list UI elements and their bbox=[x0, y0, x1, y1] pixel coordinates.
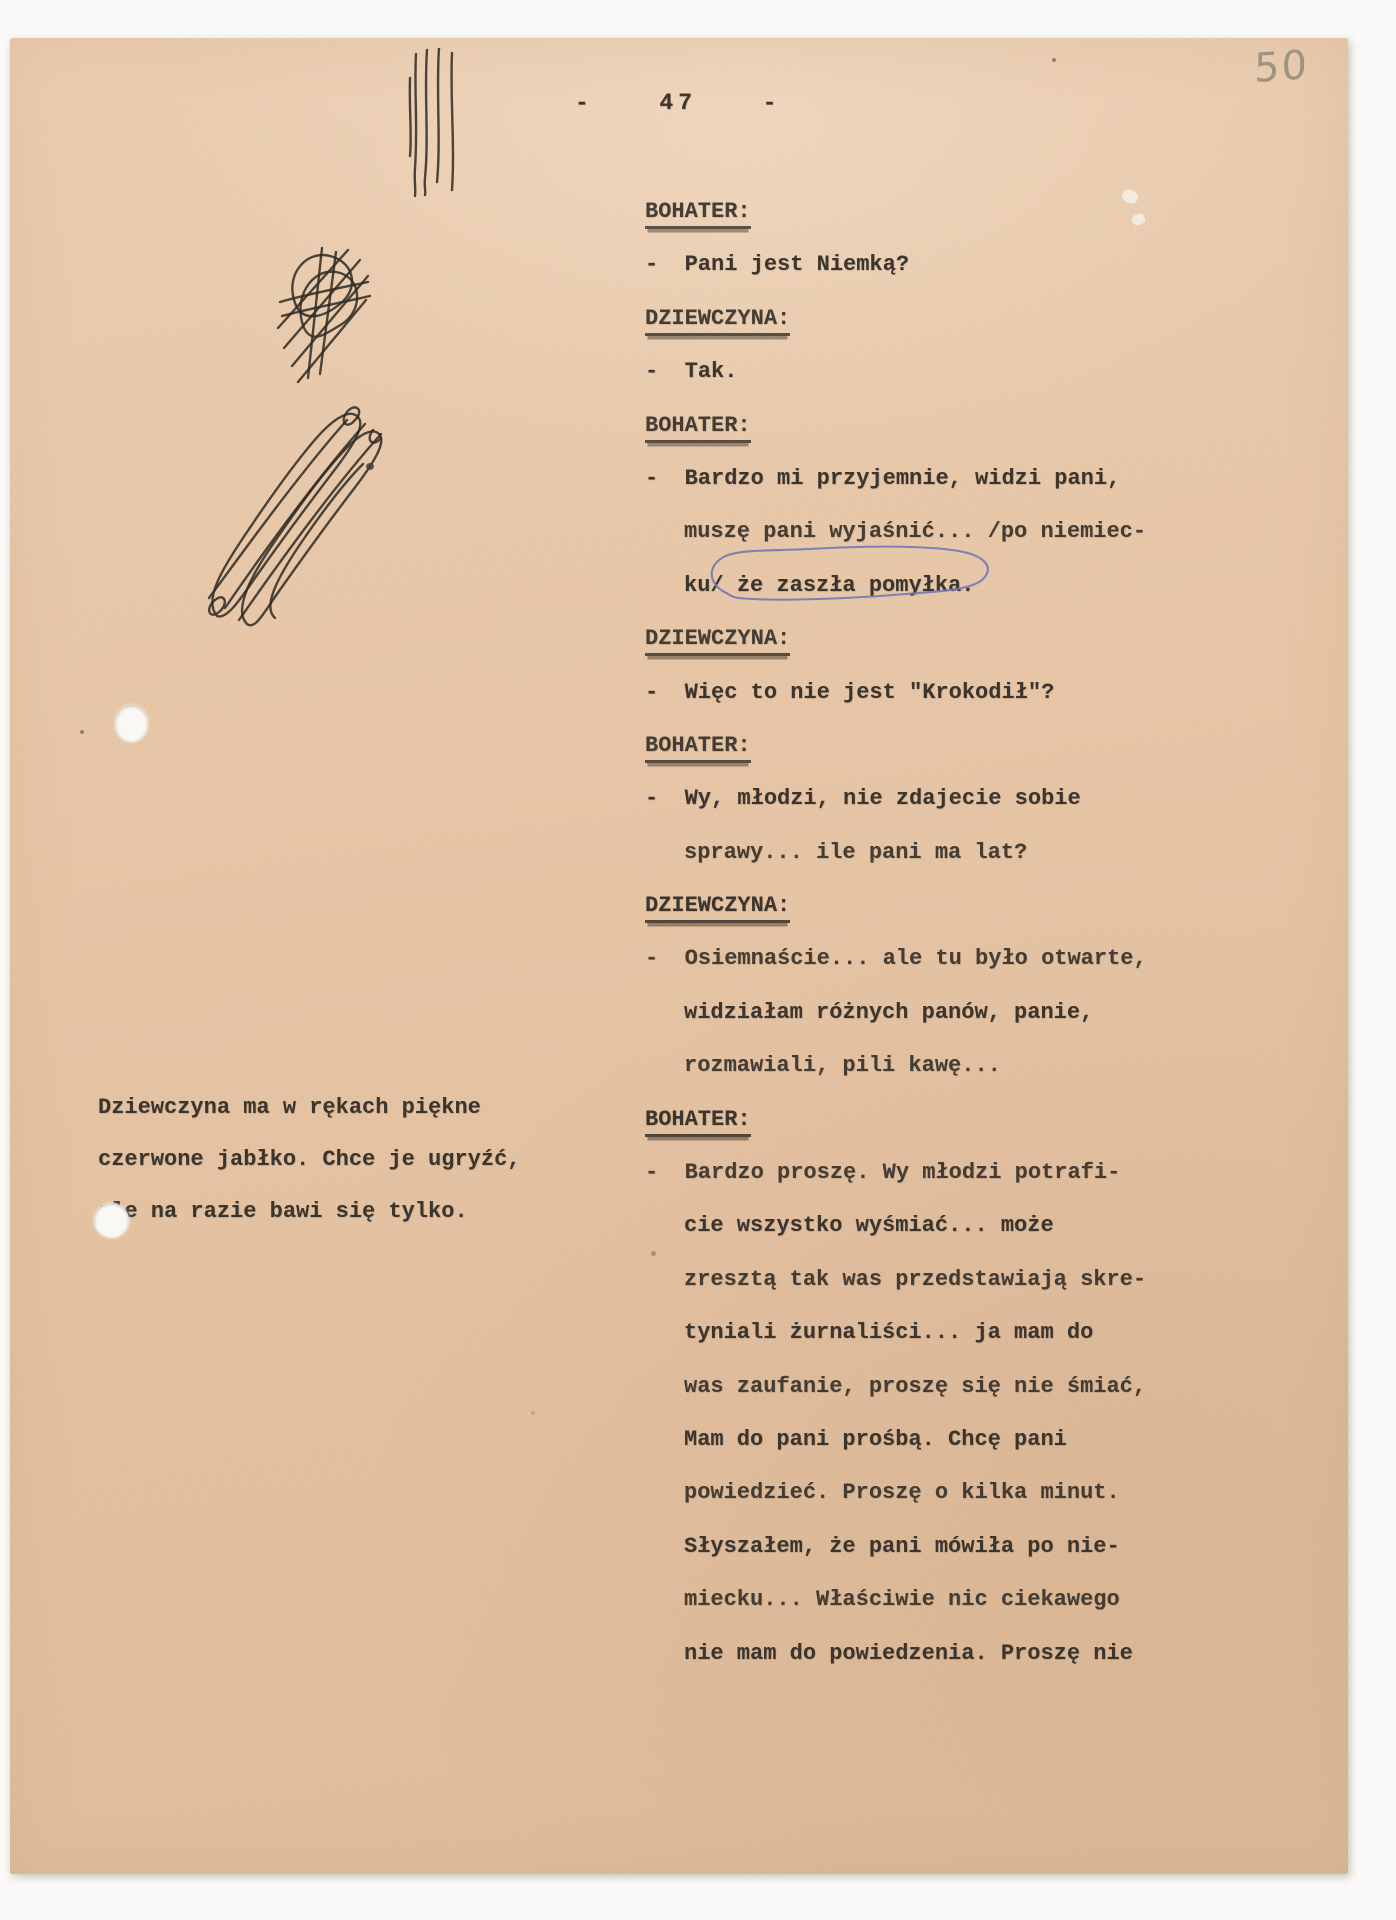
dialogue-column: BOHATER:- Pani jest Niemką?DZIEWCZYNA:- … bbox=[645, 185, 1205, 1680]
dialogue-line: ku/ że zaszła pomyłka. bbox=[645, 559, 1205, 612]
speaker-name-underlined: BOHATER: bbox=[645, 733, 751, 763]
speaker-name-underlined: DZIEWCZYNA: bbox=[645, 626, 790, 656]
speaker-label: DZIEWCZYNA: bbox=[645, 879, 1205, 932]
speaker-label: DZIEWCZYNA: bbox=[645, 612, 1205, 665]
scanned-script-page: - 47 - 50 BOHATER:- Pani jest Niemką?DZI… bbox=[0, 0, 1396, 1920]
dialogue-line: rozmawiali, pili kawę... bbox=[645, 1039, 1205, 1092]
dialogue-line: - Tak. bbox=[645, 345, 1205, 398]
dialogue-line: cie wszystko wyśmiać... może bbox=[645, 1199, 1205, 1252]
paper-speck bbox=[1052, 58, 1056, 62]
dialogue-line: sprawy... ile pani ma lat? bbox=[645, 826, 1205, 879]
margin-note-line: Dziewczyna ma w rękach piękne bbox=[98, 1082, 558, 1134]
page-number: - 47 - bbox=[575, 90, 781, 116]
dialogue-line: - Osiemnaście... ale tu było otwarte, bbox=[645, 932, 1205, 985]
speaker-label: BOHATER: bbox=[645, 185, 1205, 238]
speaker-name-underlined: BOHATER: bbox=[645, 413, 751, 443]
dialogue-line: - Więc to nie jest "Krokodił"? bbox=[645, 666, 1205, 719]
dialogue-line: zresztą tak was przedstawiają skre- bbox=[645, 1253, 1205, 1306]
speaker-name-underlined: BOHATER: bbox=[645, 199, 751, 229]
speaker-label: BOHATER: bbox=[645, 1093, 1205, 1146]
dialogue-line: - Bardzo mi przyjemnie, widzi pani, bbox=[645, 452, 1205, 505]
dialogue-line: powiedzieć. Proszę o kilka minut. bbox=[645, 1466, 1205, 1519]
hole-punch-bottom bbox=[94, 1203, 129, 1238]
hole-punch-top bbox=[115, 705, 148, 742]
speaker-name-underlined: DZIEWCZYNA: bbox=[645, 306, 790, 336]
margin-note-line: czerwone jabłko. Chce je ugryźć, bbox=[98, 1134, 558, 1186]
dialogue-line: - Wy, młodzi, nie zdajecie sobie bbox=[645, 772, 1205, 825]
speaker-name-underlined: BOHATER: bbox=[645, 1107, 751, 1137]
dialogue-line: - Pani jest Niemką? bbox=[645, 238, 1205, 291]
dialogue-line: widziałam różnych panów, panie, bbox=[645, 986, 1205, 1039]
paper-speck bbox=[651, 1251, 656, 1256]
margin-note-line: ale na razie bawi się tylko. bbox=[98, 1186, 558, 1238]
ink-scribble-diagonal-loops bbox=[195, 368, 415, 633]
handwritten-page-number: 50 bbox=[1254, 42, 1309, 92]
paper-speck bbox=[531, 1411, 535, 1415]
ink-scribble-vertical-strokes bbox=[408, 48, 468, 200]
paper-speck bbox=[80, 730, 84, 734]
speaker-label: DZIEWCZYNA: bbox=[645, 292, 1205, 345]
dialogue-line: tyniali żurnaliści... ja mam do bbox=[645, 1306, 1205, 1359]
pen-circled-text: że zaszła pomyłka. bbox=[737, 559, 975, 612]
margin-note: Dziewczyna ma w rękach piękneczerwone ja… bbox=[98, 1082, 558, 1238]
speaker-label: BOHATER: bbox=[645, 719, 1205, 772]
dialogue-line: miecku... Właściwie nic ciekawego bbox=[645, 1573, 1205, 1626]
dialogue-line: Słyszałem, że pani mówiła po nie- bbox=[645, 1520, 1205, 1573]
dialogue-line: - Bardzo proszę. Wy młodzi potrafi- bbox=[645, 1146, 1205, 1199]
speaker-label: BOHATER: bbox=[645, 399, 1205, 452]
dialogue-line: Mam do pani prośbą. Chcę pani bbox=[645, 1413, 1205, 1466]
pen-circle-annotation bbox=[703, 543, 997, 603]
dialogue-line: was zaufanie, proszę się nie śmiać, bbox=[645, 1360, 1205, 1413]
ink-dot bbox=[366, 463, 374, 470]
speaker-name-underlined: DZIEWCZYNA: bbox=[645, 893, 790, 923]
dialogue-line: nie mam do powiedzenia. Proszę nie bbox=[645, 1627, 1205, 1680]
